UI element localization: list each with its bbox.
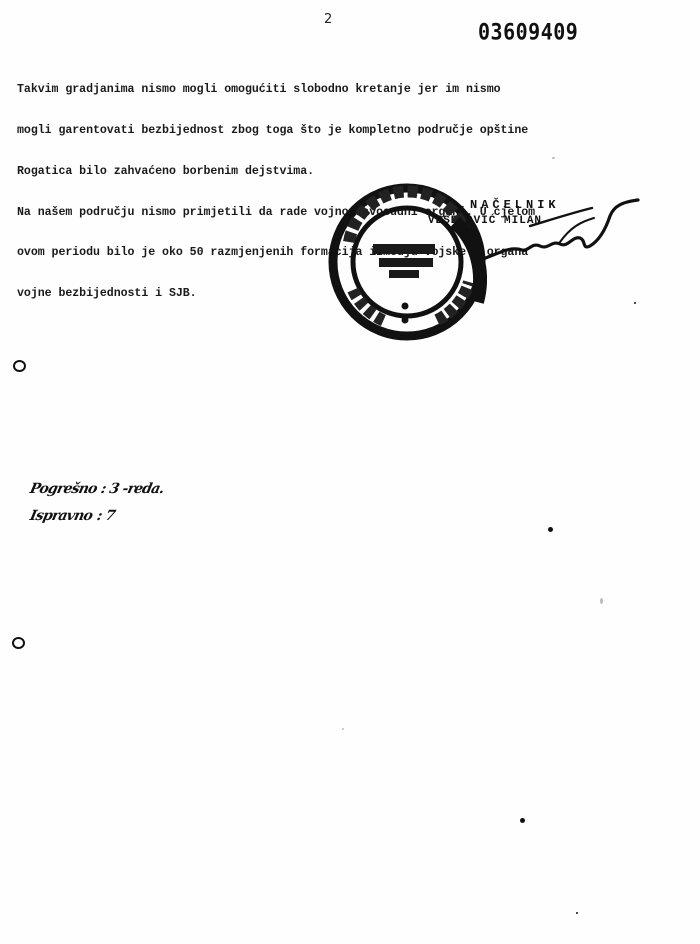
handwritten-note-value: : 7 [94, 503, 117, 530]
scan-speck [552, 157, 555, 159]
body-line: Rogatica bilo zahvaćeno borbenim dejstvi… [17, 165, 697, 179]
scan-speck [634, 302, 636, 304]
punch-hole-icon [12, 637, 25, 649]
handwritten-note-label: Pogrešno [27, 476, 99, 503]
scan-speck [342, 728, 344, 730]
stamp-icon [327, 182, 487, 342]
handwritten-note: Ispravno : 7 [30, 503, 164, 530]
punch-hole-icon [13, 360, 26, 372]
page-number: 2 [324, 12, 332, 27]
body-line: Takvim gradjanima nismo mogli omogućiti … [17, 83, 697, 97]
handwritten-note: Pogrešno : 3 -reda. [30, 476, 164, 503]
scan-speck [576, 912, 578, 914]
document-id-number: 03609409 [478, 19, 578, 45]
scan-speck [548, 527, 553, 532]
scan-speck [520, 818, 525, 823]
body-line: mogli garentovati bezbijednost zbog toga… [17, 124, 697, 138]
handwritten-note-label: Ispravno [27, 503, 95, 530]
scan-speck [600, 598, 603, 604]
handwritten-notes: Pogrešno : 3 -reda. Ispravno : 7 [30, 476, 164, 530]
document-page: 2 03609409 Takvim gradjanima nismo mogli… [0, 0, 700, 944]
handwritten-note-value: : 3 -reda. [99, 476, 167, 503]
